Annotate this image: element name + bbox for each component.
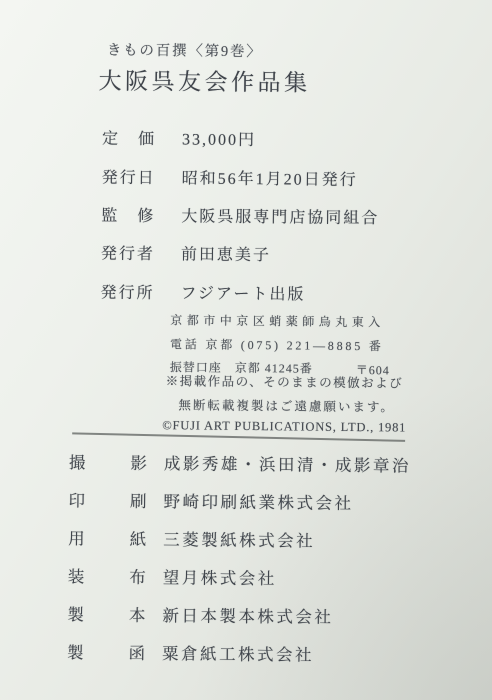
bookbinding-value: 新日本製本株式会社 (162, 602, 333, 628)
case-making-label: 製函 (67, 639, 145, 664)
bookbinding-label: 製本 (67, 601, 145, 626)
cloth-binding-value: 望月株式会社 (163, 564, 277, 589)
credit-row-bookbinding: 製本 新日本製本株式会社 (0, 601, 490, 632)
paper-label: 用紙 (68, 525, 146, 550)
notice-line-1: ※掲載作品の、そのままの模倣および (166, 371, 492, 392)
publisher-phone: 電話 京都 (075) 221—8885 番 (170, 335, 385, 354)
info-row-publication-date: 発行日 昭和56年1月20日発行 (2, 164, 492, 193)
publisher-address: 京都市中京区蛸薬師烏丸東入 (170, 311, 385, 330)
publisher-person-label: 発行者 (101, 241, 153, 264)
paper-value: 三菱製紙株式会社 (163, 526, 315, 551)
photography-label: 撮影 (69, 449, 147, 474)
credit-row-printing: 印刷 野崎印刷紙業株式会社 (0, 487, 491, 518)
price-label: 定価 (102, 126, 154, 149)
book-title: 大阪呉友会作品集 (98, 63, 310, 98)
publication-date-label: 発行日 (102, 165, 154, 188)
credit-row-photography: 撮影 成影秀雄・浜田清・成影章治 (0, 449, 491, 480)
info-row-publishing-house: 発行所 フジアート出版 (0, 279, 492, 308)
info-row-price: 定価 33,000円 (2, 125, 492, 154)
info-row-supervision: 監修 大阪呉服専門店協同組合 (1, 202, 492, 231)
publishing-house-label: 発行所 (100, 280, 152, 303)
case-making-value: 粟倉紙工株式会社 (162, 640, 314, 665)
publisher-details: 京都市中京区蛸薬師烏丸東入 電話 京都 (075) 221—8885 番 振替口… (170, 311, 385, 377)
credit-row-paper: 用紙 三菱製紙株式会社 (0, 525, 490, 556)
cloth-binding-label: 装布 (68, 563, 146, 588)
credit-row-case-making: 製函 粟倉紙工株式会社 (0, 639, 489, 670)
printing-value: 野崎印刷紙業株式会社 (163, 488, 353, 514)
publishing-house-value: フジアート出版 (180, 280, 305, 304)
supervision-value: 大阪呉服専門店協同組合 (181, 203, 379, 228)
supervision-label: 監修 (101, 203, 153, 226)
credit-row-cloth-binding: 装布 望月株式会社 (0, 563, 490, 594)
photography-value: 成影秀雄・浜田清・成影章治 (164, 450, 411, 476)
notice-line-2: 無断転載複製はご遠慮願います。 (178, 395, 491, 416)
publication-date-value: 昭和56年1月20日発行 (182, 165, 358, 190)
colophon-page: きもの百撰〈第9巻〉 大阪呉友会作品集 定価 33,000円 発行日 昭和56年… (0, 0, 492, 700)
copyright-notice: ※掲載作品の、そのままの模倣および 無断転載複製はご遠慮願います。 ©FUJI … (0, 370, 492, 437)
info-row-publisher-person: 発行者 前田恵美子 (1, 240, 492, 269)
price-value: 33,000円 (182, 126, 256, 150)
series-title: きもの百撰〈第9巻〉 (107, 39, 263, 61)
printing-label: 印刷 (68, 487, 146, 512)
publisher-person-value: 前田恵美子 (181, 241, 271, 265)
copyright-line: ©FUJI ART PUBLICATIONS, LTD., 1981 (162, 418, 491, 436)
book-page-photo: きもの百撰〈第9巻〉 大阪呉友会作品集 定価 33,000円 発行日 昭和56年… (0, 0, 492, 700)
